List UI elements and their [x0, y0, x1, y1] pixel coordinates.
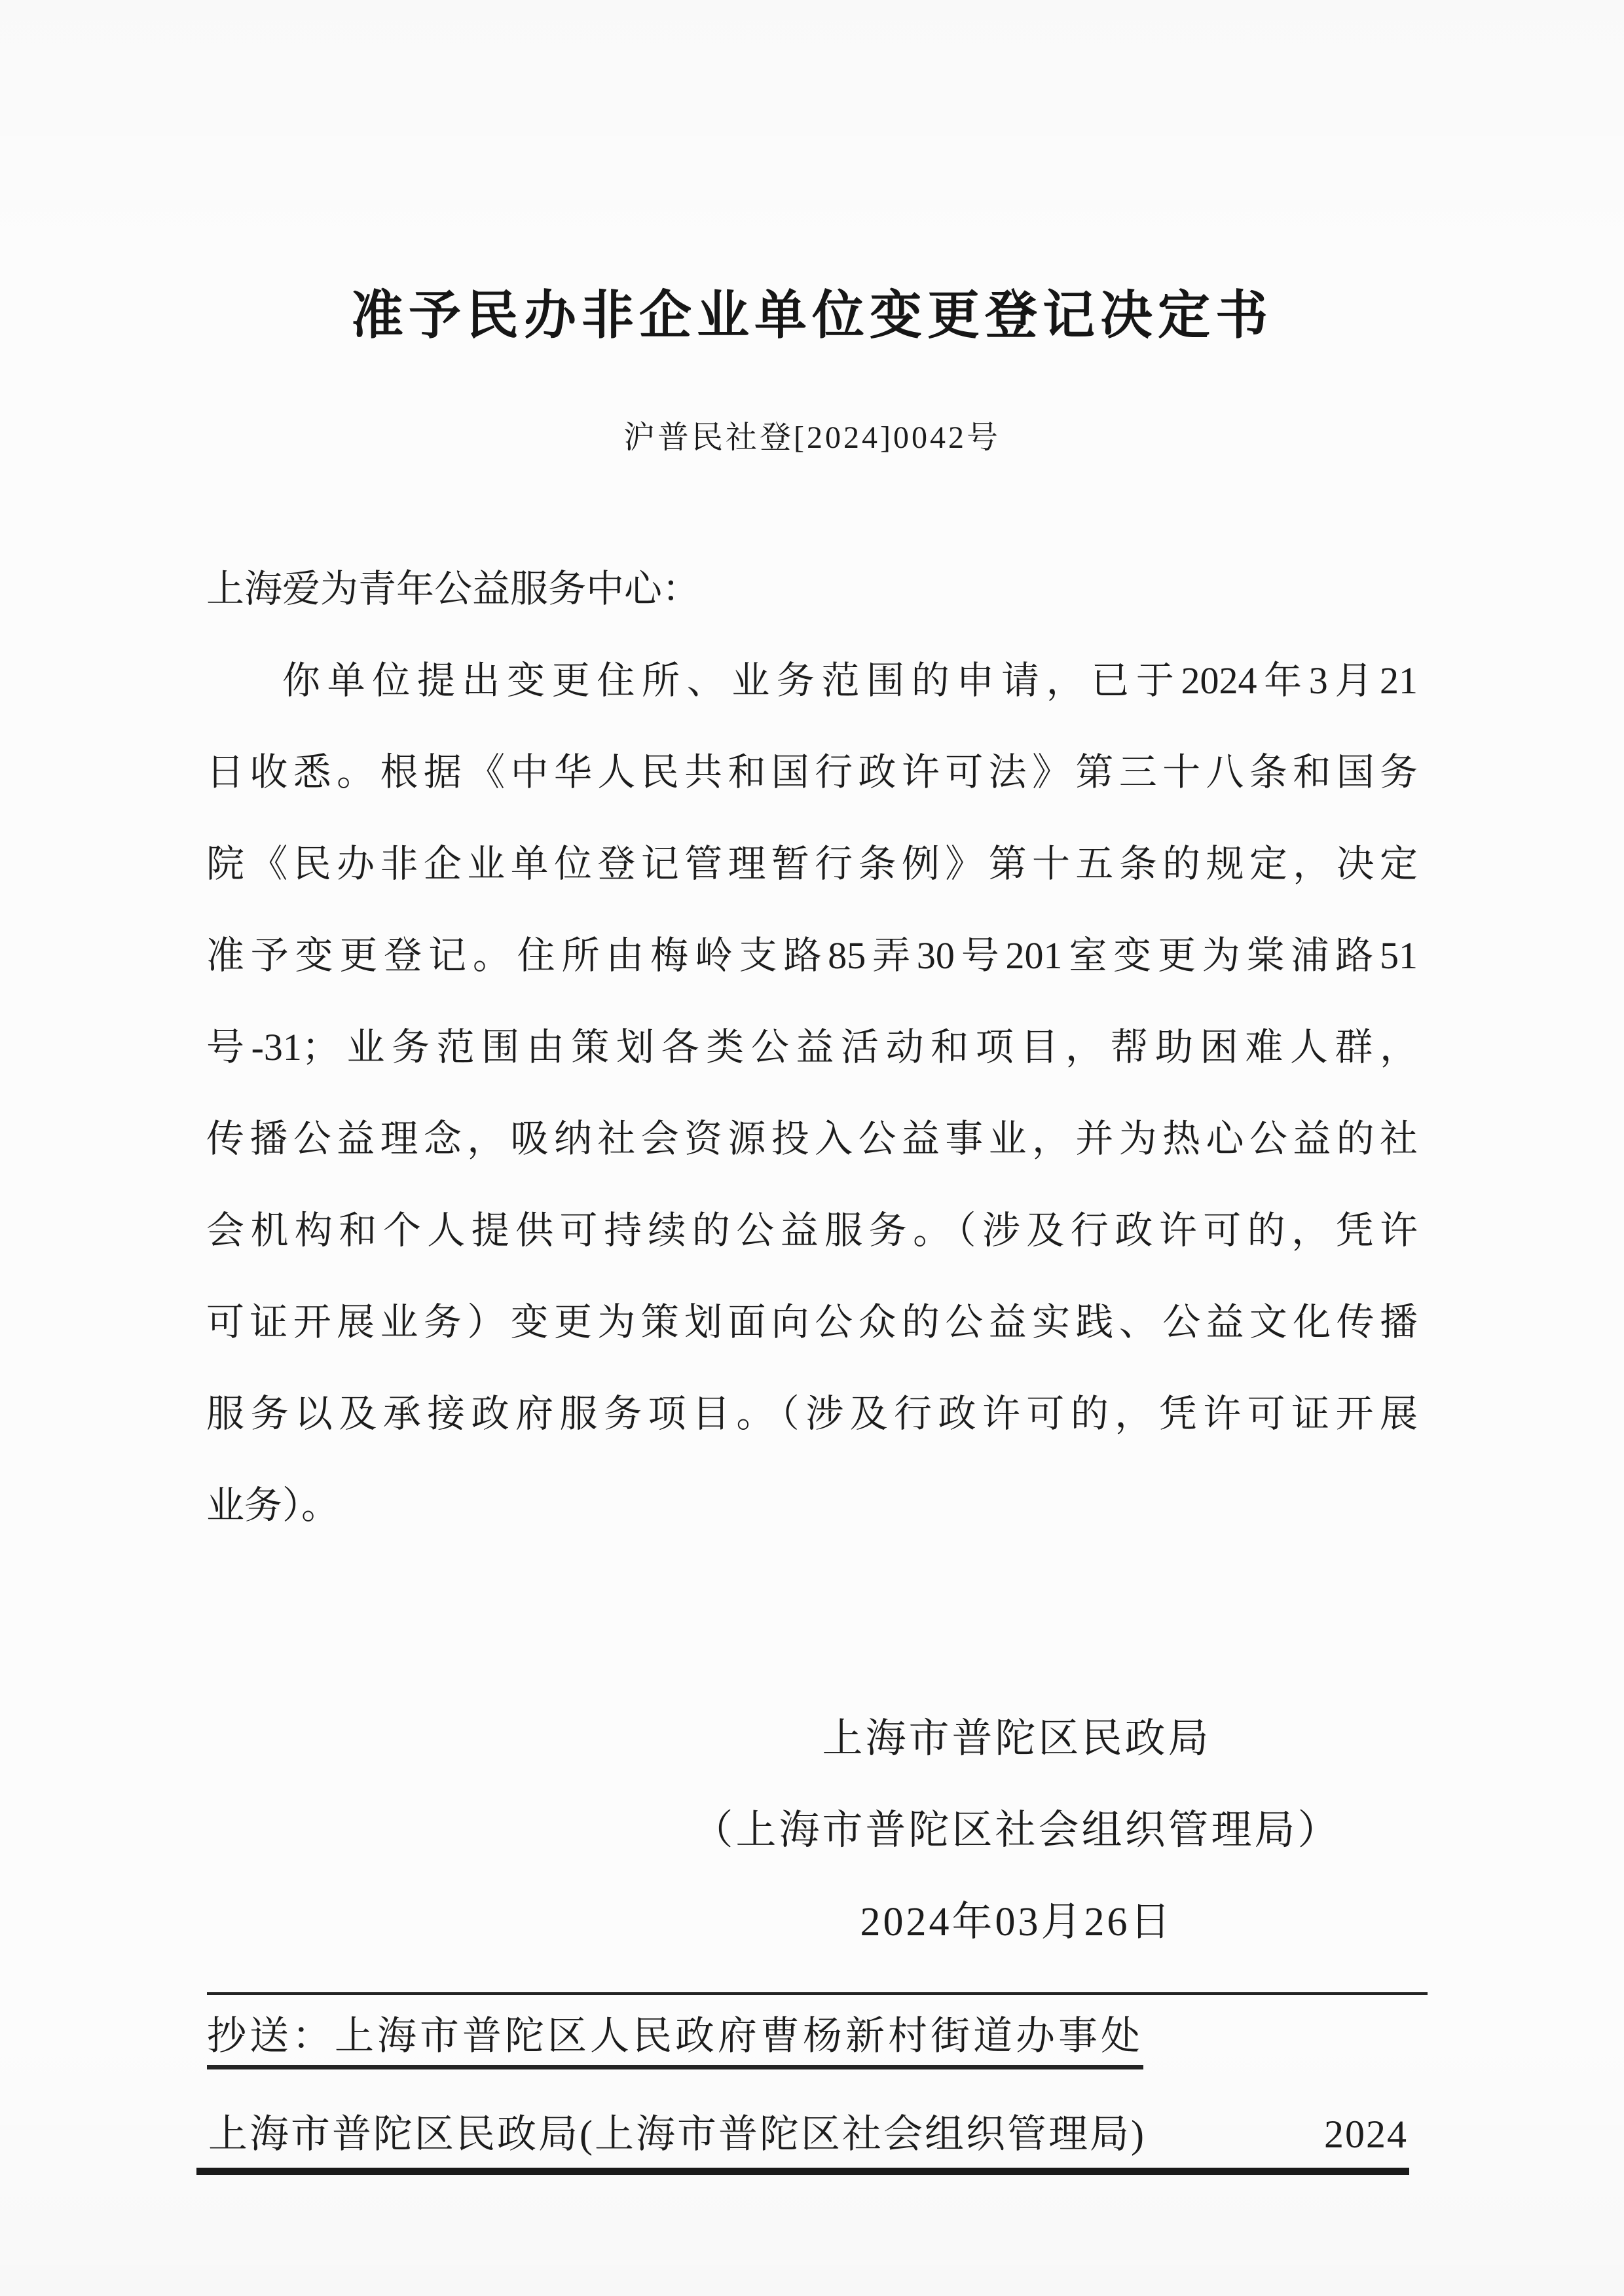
body-line: 你单位提出变更住所、业务范围的申请，已于2024年3月21 — [206, 635, 1418, 727]
body-line: 服务以及承接政府服务项目。（涉及行政许可的，凭许可证开展 — [206, 1368, 1418, 1460]
footer-bottom-rule — [196, 2168, 1409, 2175]
body-line: 传播公益理念，吸纳社会资源投入公益事业，并为热心公益的社 — [206, 1093, 1418, 1185]
document-body: 上海爱为青年公益服务中心： 你单位提出变更住所、业务范围的申请，已于2024年3… — [206, 543, 1418, 1552]
footer-issuer-row: 上海市普陀区民政局(上海市普陀区社会组织管理局) 2024 — [208, 2112, 1408, 2157]
body-line: 号-31；业务范围由策划各类公益活动和项目，帮助困难人群， — [206, 1002, 1418, 1093]
footer-issuer: 上海市普陀区民政局(上海市普陀区社会组织管理局) — [208, 2112, 1146, 2157]
body-line: 院《民办非企业单位登记管理暂行条例》第十五条的规定，决定 — [206, 818, 1418, 910]
footer-cc-line: 抄送：上海市普陀区人民政府曹杨新村街道办事处 — [207, 2014, 1143, 2069]
body-line: 会机构和个人提供可持续的公益服务。（涉及行政许可的，凭许 — [206, 1185, 1418, 1277]
footer-separator-rule — [207, 1992, 1428, 1995]
document-page: 准予民办非企业单位变更登记决定书 沪普民社登[2024]0042号 上海爱为青年… — [0, 0, 1624, 2296]
footer-year: 2024 — [1324, 2112, 1408, 2157]
signature-block: 上海市普陀区民政局 （上海市普陀区社会组织管理局） 2024年03月26日 — [616, 1693, 1418, 1968]
body-line: 可证开展业务）变更为策划面向公众的公益实践、公益文化传播 — [206, 1277, 1418, 1368]
body-line: 业务）。 — [206, 1460, 1418, 1552]
signature-authority: 上海市普陀区民政局 — [616, 1693, 1418, 1785]
document-title: 准予民办非企业单位变更登记决定书 — [0, 290, 1624, 342]
document-number: 沪普民社登[2024]0042号 — [0, 418, 1624, 458]
signature-date: 2024年03月26日 — [616, 1876, 1418, 1968]
body-line: 准予变更登记。住所由梅岭支路85弄30号201室变更为棠浦路51 — [206, 910, 1418, 1002]
salutation: 上海爱为青年公益服务中心： — [206, 543, 1418, 635]
body-line: 日收悉。根据《中华人民共和国行政许可法》第三十八条和国务 — [206, 727, 1418, 818]
signature-authority-paren: （上海市普陀区社会组织管理局） — [616, 1785, 1418, 1876]
